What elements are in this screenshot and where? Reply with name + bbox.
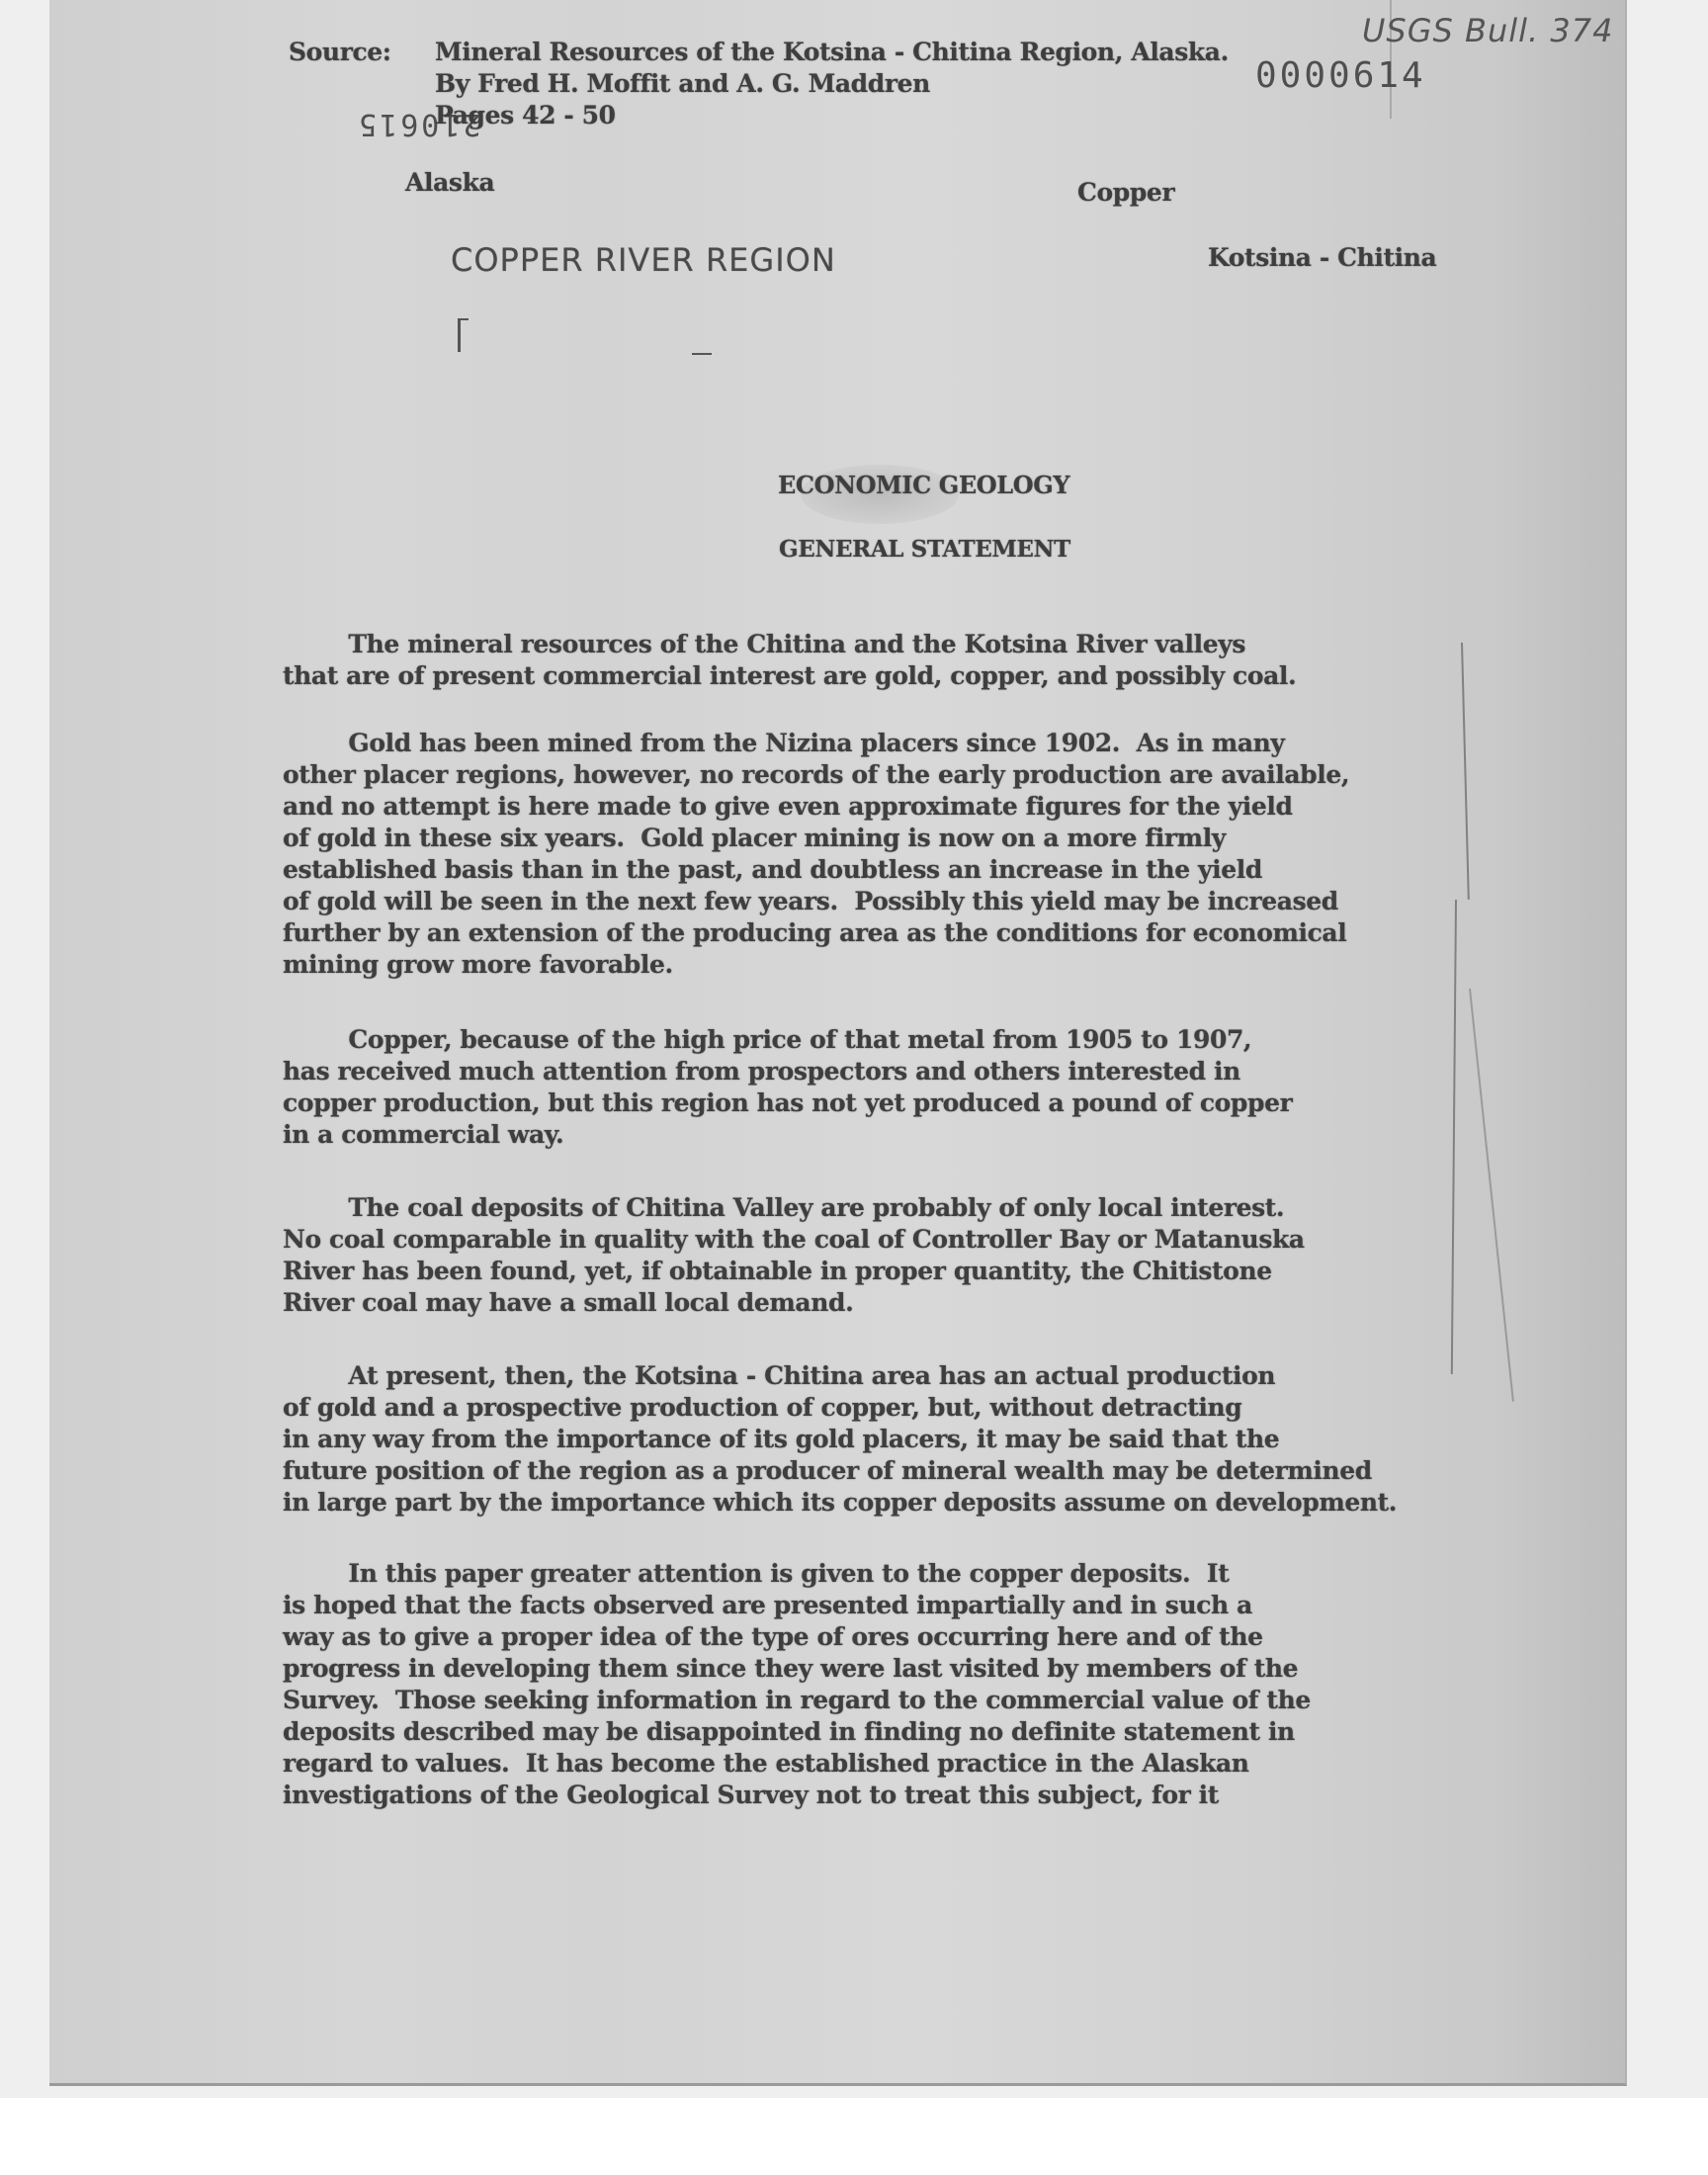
text-line: Gold has been mined from the Nizina plac… <box>283 728 1349 759</box>
text-line: in large part by the importance which it… <box>283 1487 1397 1519</box>
paper-crease <box>1451 900 1457 1374</box>
handwritten-reference: USGS Bull. 374 <box>1362 12 1613 49</box>
source-authors: By Fred H. Moffit and A. G. Maddren <box>435 69 930 98</box>
text-line: copper production, but this region has n… <box>283 1087 1292 1119</box>
text-line: is hoped that the facts observed are pre… <box>283 1590 1311 1621</box>
typed-document-page: USGS Bull. 374 0000614 210615 Source: Mi… <box>49 0 1627 2086</box>
paragraph-4: The coal deposits of Chitina Valley are … <box>283 1192 1305 1319</box>
text-line: deposits described may be disappointed i… <box>283 1716 1311 1748</box>
text-line: The coal deposits of Chitina Valley are … <box>283 1192 1305 1224</box>
text-line: River coal may have a small local demand… <box>283 1287 1305 1319</box>
text-line: future position of the region as a produ… <box>283 1455 1397 1487</box>
text-line: River has been found, yet, if obtainable… <box>283 1256 1305 1287</box>
paper-crease <box>1461 643 1469 900</box>
paragraph-2: Gold has been mined from the Nizina plac… <box>283 728 1349 981</box>
text-line: in a commercial way. <box>283 1119 1292 1151</box>
text-line: way as to give a proper idea of the type… <box>283 1621 1311 1653</box>
text-line: has received much attention from prospec… <box>283 1056 1292 1087</box>
text-line: of gold and a prospective production of … <box>283 1392 1397 1424</box>
commodity-label: Copper <box>1077 178 1174 207</box>
text-line: Copper, because of the high price of tha… <box>283 1024 1292 1056</box>
text-line: investigations of the Geological Survey … <box>283 1780 1311 1811</box>
state-label: Alaska <box>405 168 494 197</box>
text-line: Survey. Those seeking information in reg… <box>283 1685 1311 1716</box>
district-label: Kotsina - Chitina <box>1208 243 1436 272</box>
paragraph-6: In this paper greater attention is given… <box>283 1558 1311 1811</box>
source-label: Source: <box>289 38 391 66</box>
dash-mark <box>692 353 712 355</box>
text-line: that are of present commercial interest … <box>283 660 1296 692</box>
stamp-number-top: 0000614 <box>1255 55 1426 96</box>
text-line: In this paper greater attention is given… <box>283 1558 1311 1590</box>
text-line: and no attempt is here made to give even… <box>283 791 1349 823</box>
text-line: further by an extension of the producing… <box>283 917 1349 949</box>
paper-crease <box>1469 989 1513 1402</box>
section-heading: ECONOMIC GEOLOGY <box>778 471 1069 499</box>
text-line: of gold in these six years. Gold placer … <box>283 823 1349 854</box>
paragraph-3: Copper, because of the high price of tha… <box>283 1024 1292 1151</box>
paragraph-1: The mineral resources of the Chitina and… <box>283 629 1296 692</box>
text-line: other placer regions, however, no record… <box>283 759 1349 791</box>
region-stamp: COPPER RIVER REGION <box>451 241 836 279</box>
text-line: progress in developing them since they w… <box>283 1653 1311 1685</box>
text-line: of gold will be seen in the next few yea… <box>283 886 1349 917</box>
subsection-heading: GENERAL STATEMENT <box>779 536 1070 563</box>
paragraph-5: At present, then, the Kotsina - Chitina … <box>283 1360 1397 1519</box>
text-line: No coal comparable in quality with the c… <box>283 1224 1305 1256</box>
text-line: mining grow more favorable. <box>283 949 1349 981</box>
bracket-mark <box>458 318 469 352</box>
text-line: established basis than in the past, and … <box>283 854 1349 886</box>
text-line: regard to values. It has become the esta… <box>283 1748 1311 1780</box>
text-line: At present, then, the Kotsina - Chitina … <box>283 1360 1397 1392</box>
source-title: Mineral Resources of the Kotsina - Chiti… <box>435 38 1229 66</box>
source-pages: Pages 42 - 50 <box>435 101 616 130</box>
text-line: in any way from the importance of its go… <box>283 1424 1397 1455</box>
text-line: The mineral resources of the Chitina and… <box>283 629 1296 660</box>
